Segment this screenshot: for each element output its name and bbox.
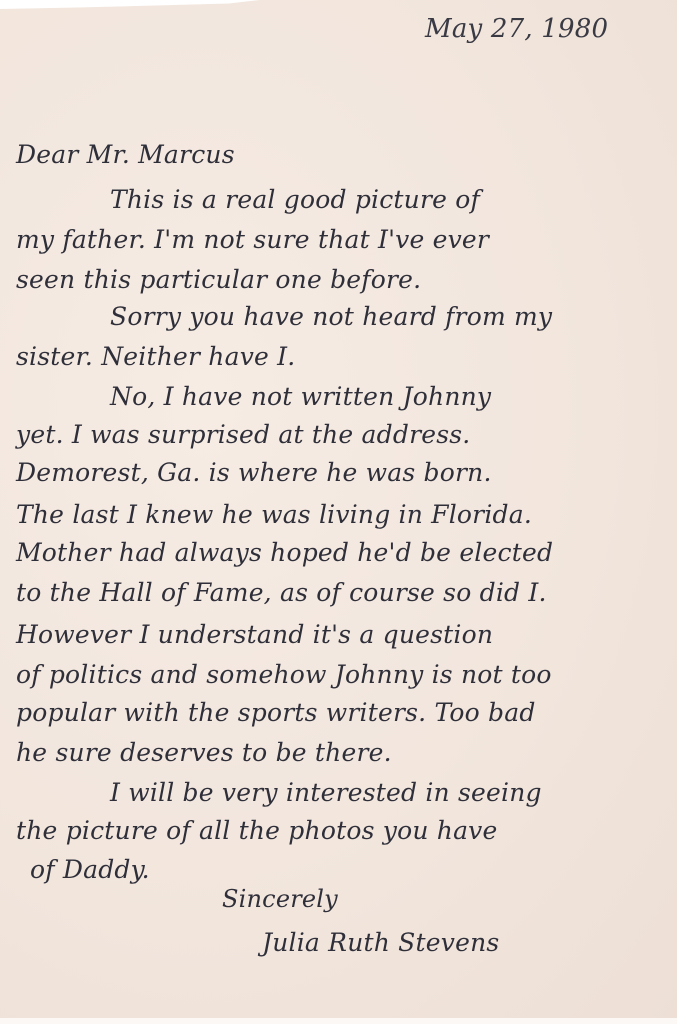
- letter-line: of politics and somehow Johnny is not to…: [16, 660, 552, 689]
- paper-bottom-edge: [0, 1018, 677, 1024]
- letter-line: yet. I was surprised at the address.: [16, 420, 470, 449]
- torn-corner: [0, 0, 260, 10]
- letter-line: No, I have not written Johnny: [110, 382, 491, 411]
- letter-line: sister. Neither have I.: [16, 342, 295, 371]
- letter-line: of Daddy.: [30, 855, 150, 884]
- letter-line: popular with the sports writers. Too bad: [16, 698, 536, 727]
- letter-line: The last I knew he was living in Florida…: [16, 500, 532, 529]
- closing: Sincerely: [222, 885, 338, 913]
- letter-line: he sure deserves to be there.: [16, 738, 392, 767]
- letter-line: However I understand it's a question: [16, 620, 493, 649]
- letter-line: seen this particular one before.: [16, 265, 421, 294]
- letter-line: the picture of all the photos you have: [16, 816, 498, 845]
- letter-line: Mother had always hoped he'd be elected: [16, 538, 553, 567]
- letter-line: I will be very interested in seeing: [110, 778, 542, 807]
- letter-line: Sorry you have not heard from my: [110, 302, 552, 331]
- salutation: Dear Mr. Marcus: [16, 140, 235, 169]
- letter-line: Demorest, Ga. is where he was born.: [16, 458, 492, 487]
- letter-line: This is a real good picture of: [110, 185, 480, 214]
- letter-date: May 27, 1980: [425, 14, 608, 44]
- signature: Julia Ruth Stevens: [262, 928, 499, 957]
- letter-line: to the Hall of Fame, as of course so did…: [16, 578, 547, 607]
- letter-line: my father. I'm not sure that I've ever: [16, 225, 489, 254]
- letter-paper: May 27, 1980 Dear Mr. Marcus This is a r…: [0, 0, 677, 1024]
